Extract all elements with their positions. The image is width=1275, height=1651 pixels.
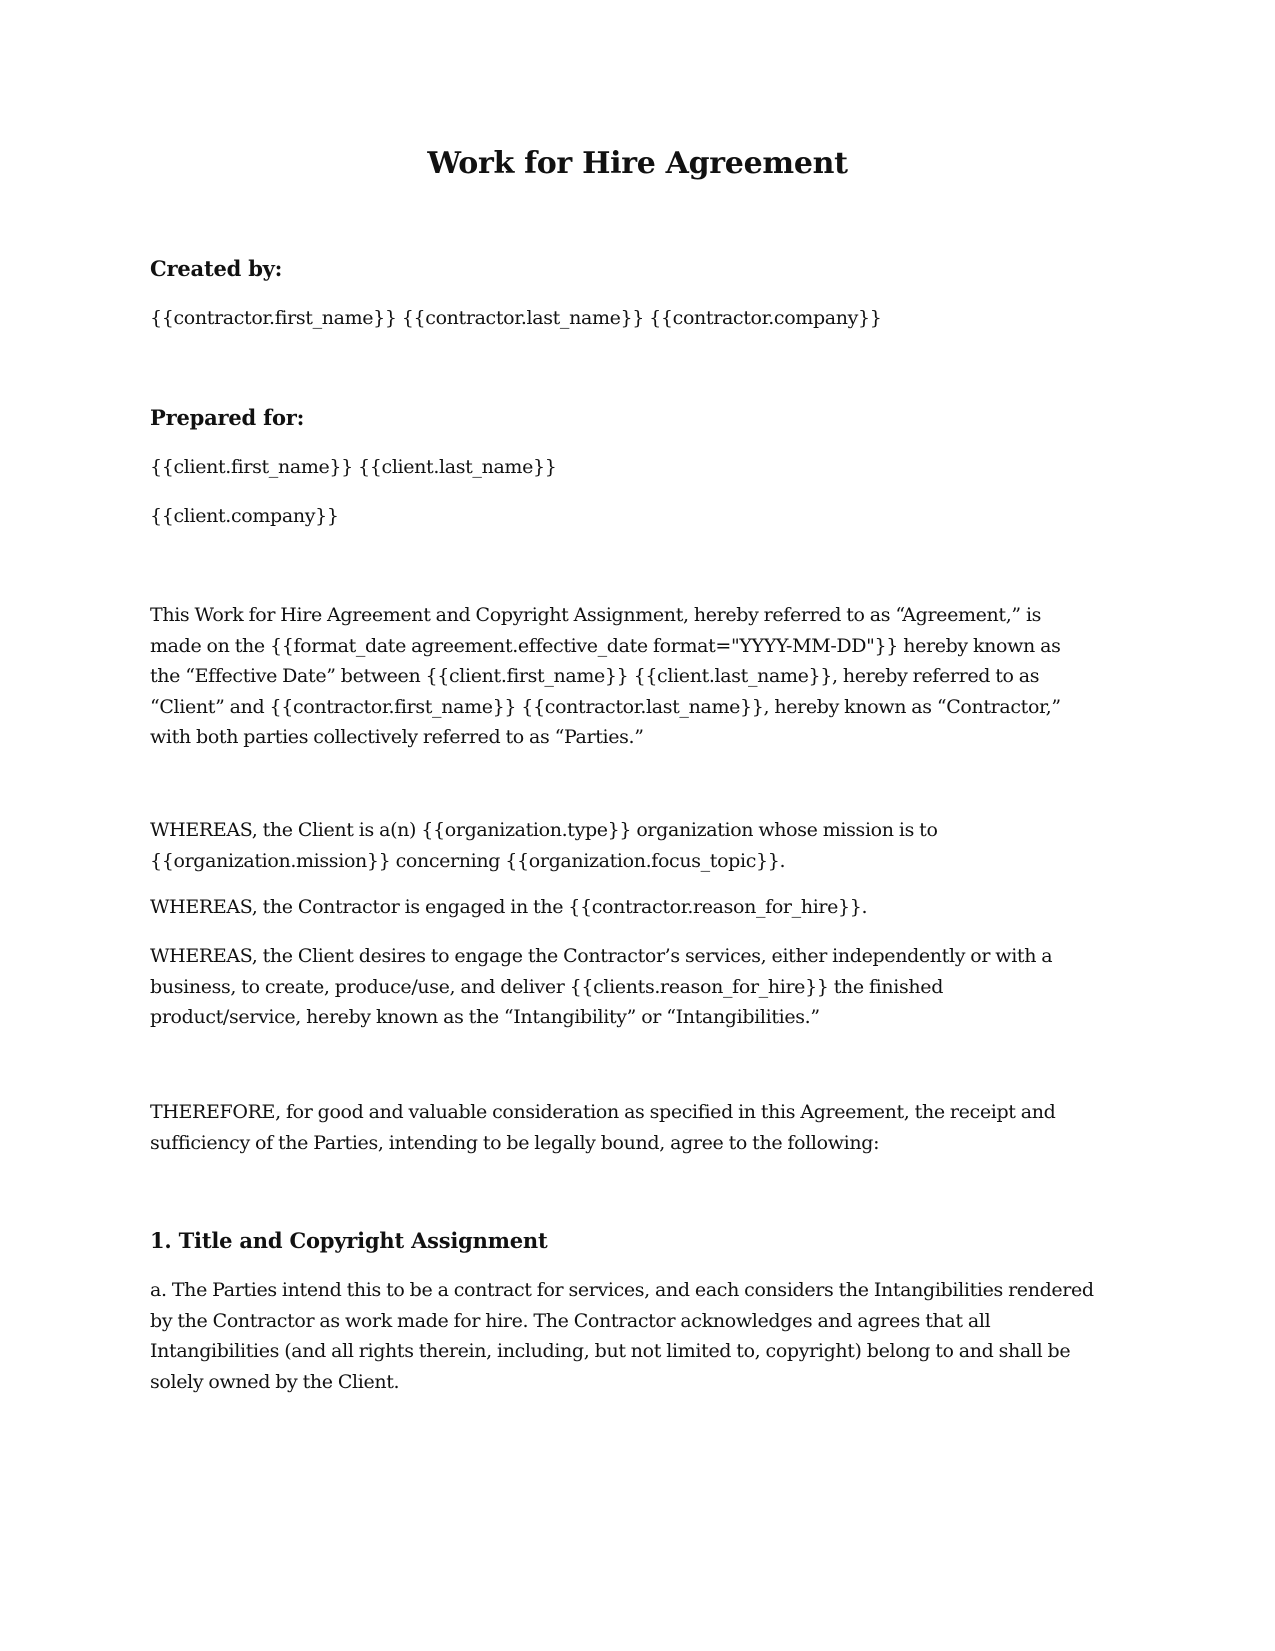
created-by-label: Created by: <box>150 256 1130 281</box>
whereas-clause: WHEREAS, the Contractor is engaged in th… <box>150 892 1130 923</box>
prepared-for-name: {{client.first_name}} {{client.last_name… <box>150 452 1130 483</box>
whereas-clause: WHEREAS, the Client desires to engage th… <box>150 941 1085 1033</box>
therefore-clause: THEREFORE, for good and valuable conside… <box>150 1097 1085 1158</box>
document-page: Work for Hire Agreement Created by: {{co… <box>0 0 1275 1651</box>
whereas-clause: WHEREAS, the Client is a(n) {{organizati… <box>150 815 1085 876</box>
prepared-for-label: Prepared for: <box>150 405 1130 430</box>
section-paragraph: a. The Parties intend this to be a contr… <box>150 1275 1095 1397</box>
prepared-for-company: {{client.company}} <box>150 501 1130 532</box>
created-by-value: {{contractor.first_name}} {{contractor.l… <box>150 303 1130 334</box>
section-heading: 1. Title and Copyright Assignment <box>150 1228 1130 1253</box>
intro-paragraph: This Work for Hire Agreement and Copyrig… <box>150 600 1085 753</box>
document-title: Work for Hire Agreement <box>0 146 1275 181</box>
